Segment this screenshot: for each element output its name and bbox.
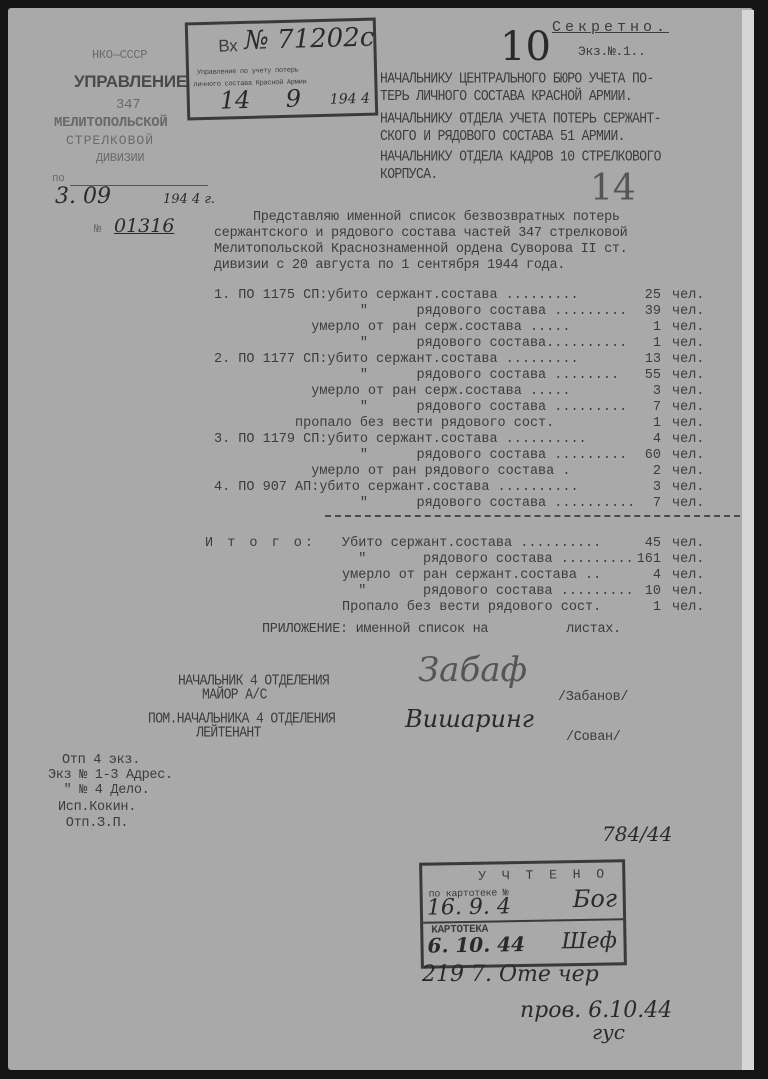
stamp-title: УПРАВЛЕНИЕ xyxy=(74,74,187,89)
handwritten-number: 14 xyxy=(590,168,636,209)
footer-note: Исп.Кокин. xyxy=(58,800,136,815)
total-row: Пропало без вести рядового сост.1чел. xyxy=(0,600,745,616)
registry-note-1: 219 7. Оте чер xyxy=(422,962,599,987)
intro-line: дивизии с 20 августа по 1 сентября 1944 … xyxy=(214,258,565,273)
intro-line: Представляю именной список безвозвратных… xyxy=(214,210,620,225)
loss-row: умерло от ран серж.состава .....1чел. xyxy=(0,320,745,336)
registry-line2-date: 6. 10. 44 xyxy=(427,932,525,958)
footer-note: Экз № 1-3 Адрес. xyxy=(48,768,173,783)
stamp-year: 194 4 г. xyxy=(163,192,215,207)
footer-note: Отп 4 экз. xyxy=(62,753,140,768)
loss-row: умерло от ран серж.состава .....3чел. xyxy=(0,384,745,400)
loss-row: " рядового состава..........1чел. xyxy=(0,336,745,352)
deputy-rank: ЛЕЙТЕНАНТ xyxy=(196,724,261,741)
stamp-line1: МЕЛИТОПОЛЬСКОЙ xyxy=(54,116,167,131)
loss-row: пропало без вести рядового сост.1чел. xyxy=(0,416,745,432)
loss-row: " рядового состава .........39чел. xyxy=(0,304,745,320)
loss-row: 1. ПО 1175 СП:убито сержант.состава ....… xyxy=(0,288,745,304)
stamp-date: 3. 09 xyxy=(55,184,111,209)
loss-row: " рядового состава .........60чел. xyxy=(0,448,745,464)
footer-note: " № 4 Дело. xyxy=(48,783,149,798)
incoming-label: Вх xyxy=(218,38,237,53)
chief-rank: МАЙОР А/С xyxy=(202,686,267,703)
incoming-line1: Управление по учету потерь xyxy=(197,67,299,78)
addressee-2: НАЧАЛЬНИКУ ОТДЕЛА УЧЕТА ПОТЕРЬ СЕРЖАНТ- … xyxy=(380,110,661,145)
total-row: Убито сержант.состава ..........45чел. xyxy=(0,536,745,552)
registry-stamp: У Ч Т Е Н О по картотеке № 16. 9. 4 Бог … xyxy=(419,859,627,969)
attachment-note: ПРИЛОЖЕНИЕ: именной список на листах. xyxy=(262,622,621,637)
stamp-line2: СТРЕЛКОВОЙ xyxy=(66,133,154,148)
stamp-number: 347 xyxy=(116,98,140,113)
stamp-number-prefix: № xyxy=(94,222,101,237)
stamp-org: НКО—СССР xyxy=(92,48,147,63)
total-row: умерло от ран сержант.состава ..4чел. xyxy=(0,568,745,584)
loss-row: " рядового состава ..........7чел. xyxy=(0,496,745,512)
loss-row: умерло от ран рядового состава .2чел. xyxy=(0,464,745,480)
registry-title: У Ч Т Е Н О xyxy=(478,867,608,884)
total-row: " рядового состава .........161чел. xyxy=(0,552,745,568)
handwritten-mark: 10 xyxy=(500,24,551,70)
chief-signature: Забаф xyxy=(418,650,527,690)
total-row: " рядового состава .........10чел. xyxy=(0,584,745,600)
loss-row: 4. ПО 907 АП:убито сержант.состава .....… xyxy=(0,480,745,496)
handwritten-ref: 784/44 xyxy=(602,822,672,846)
loss-row: " рядового состава .........7чел. xyxy=(0,400,745,416)
incoming-day: 14 xyxy=(219,86,250,115)
loss-row: " рядового состава ........55чел. xyxy=(0,368,745,384)
registry-line1-sign: Бог xyxy=(573,884,618,913)
deputy-name: /Сован/ xyxy=(566,730,621,745)
incoming-stamp: Вх № 71202с Управление по учету потерь л… xyxy=(185,18,378,121)
addressee-1: НАЧАЛЬНИКУ ЦЕНТРАЛЬНОГО БЮРО УЧЕТА ПО- Т… xyxy=(380,70,654,105)
chief-name: /Забанов/ xyxy=(558,690,628,705)
deputy-signature: Вишаринг xyxy=(405,705,534,733)
incoming-month: 9 xyxy=(285,85,301,113)
secrecy-label: Секретно. xyxy=(552,20,669,35)
registry-note-3: гус xyxy=(592,1020,625,1044)
outgoing-number: 01316 xyxy=(114,215,174,237)
loss-row: 3. ПО 1179 СП:убито сержант.состава ....… xyxy=(0,432,745,448)
intro-line: сержантского и рядового состава частей 3… xyxy=(214,226,627,241)
intro-line: Мелитопольской Краснознаменной ордена Су… xyxy=(214,242,627,257)
loss-row: 2. ПО 1177 СП:убито сержант.состава ....… xyxy=(0,352,745,368)
registry-line2-sign: Шеф xyxy=(561,928,617,954)
footer-note: Отп.З.П. xyxy=(58,816,128,831)
incoming-number: № 71202с xyxy=(244,23,375,56)
stamp-line3: ДИВИЗИИ xyxy=(96,151,144,166)
dashed-separator xyxy=(325,515,740,517)
incoming-year: 194 4 xyxy=(330,91,370,108)
registry-line1-date: 16. 9. 4 xyxy=(427,894,511,920)
copy-number: Экз.№.1.. xyxy=(578,44,646,59)
